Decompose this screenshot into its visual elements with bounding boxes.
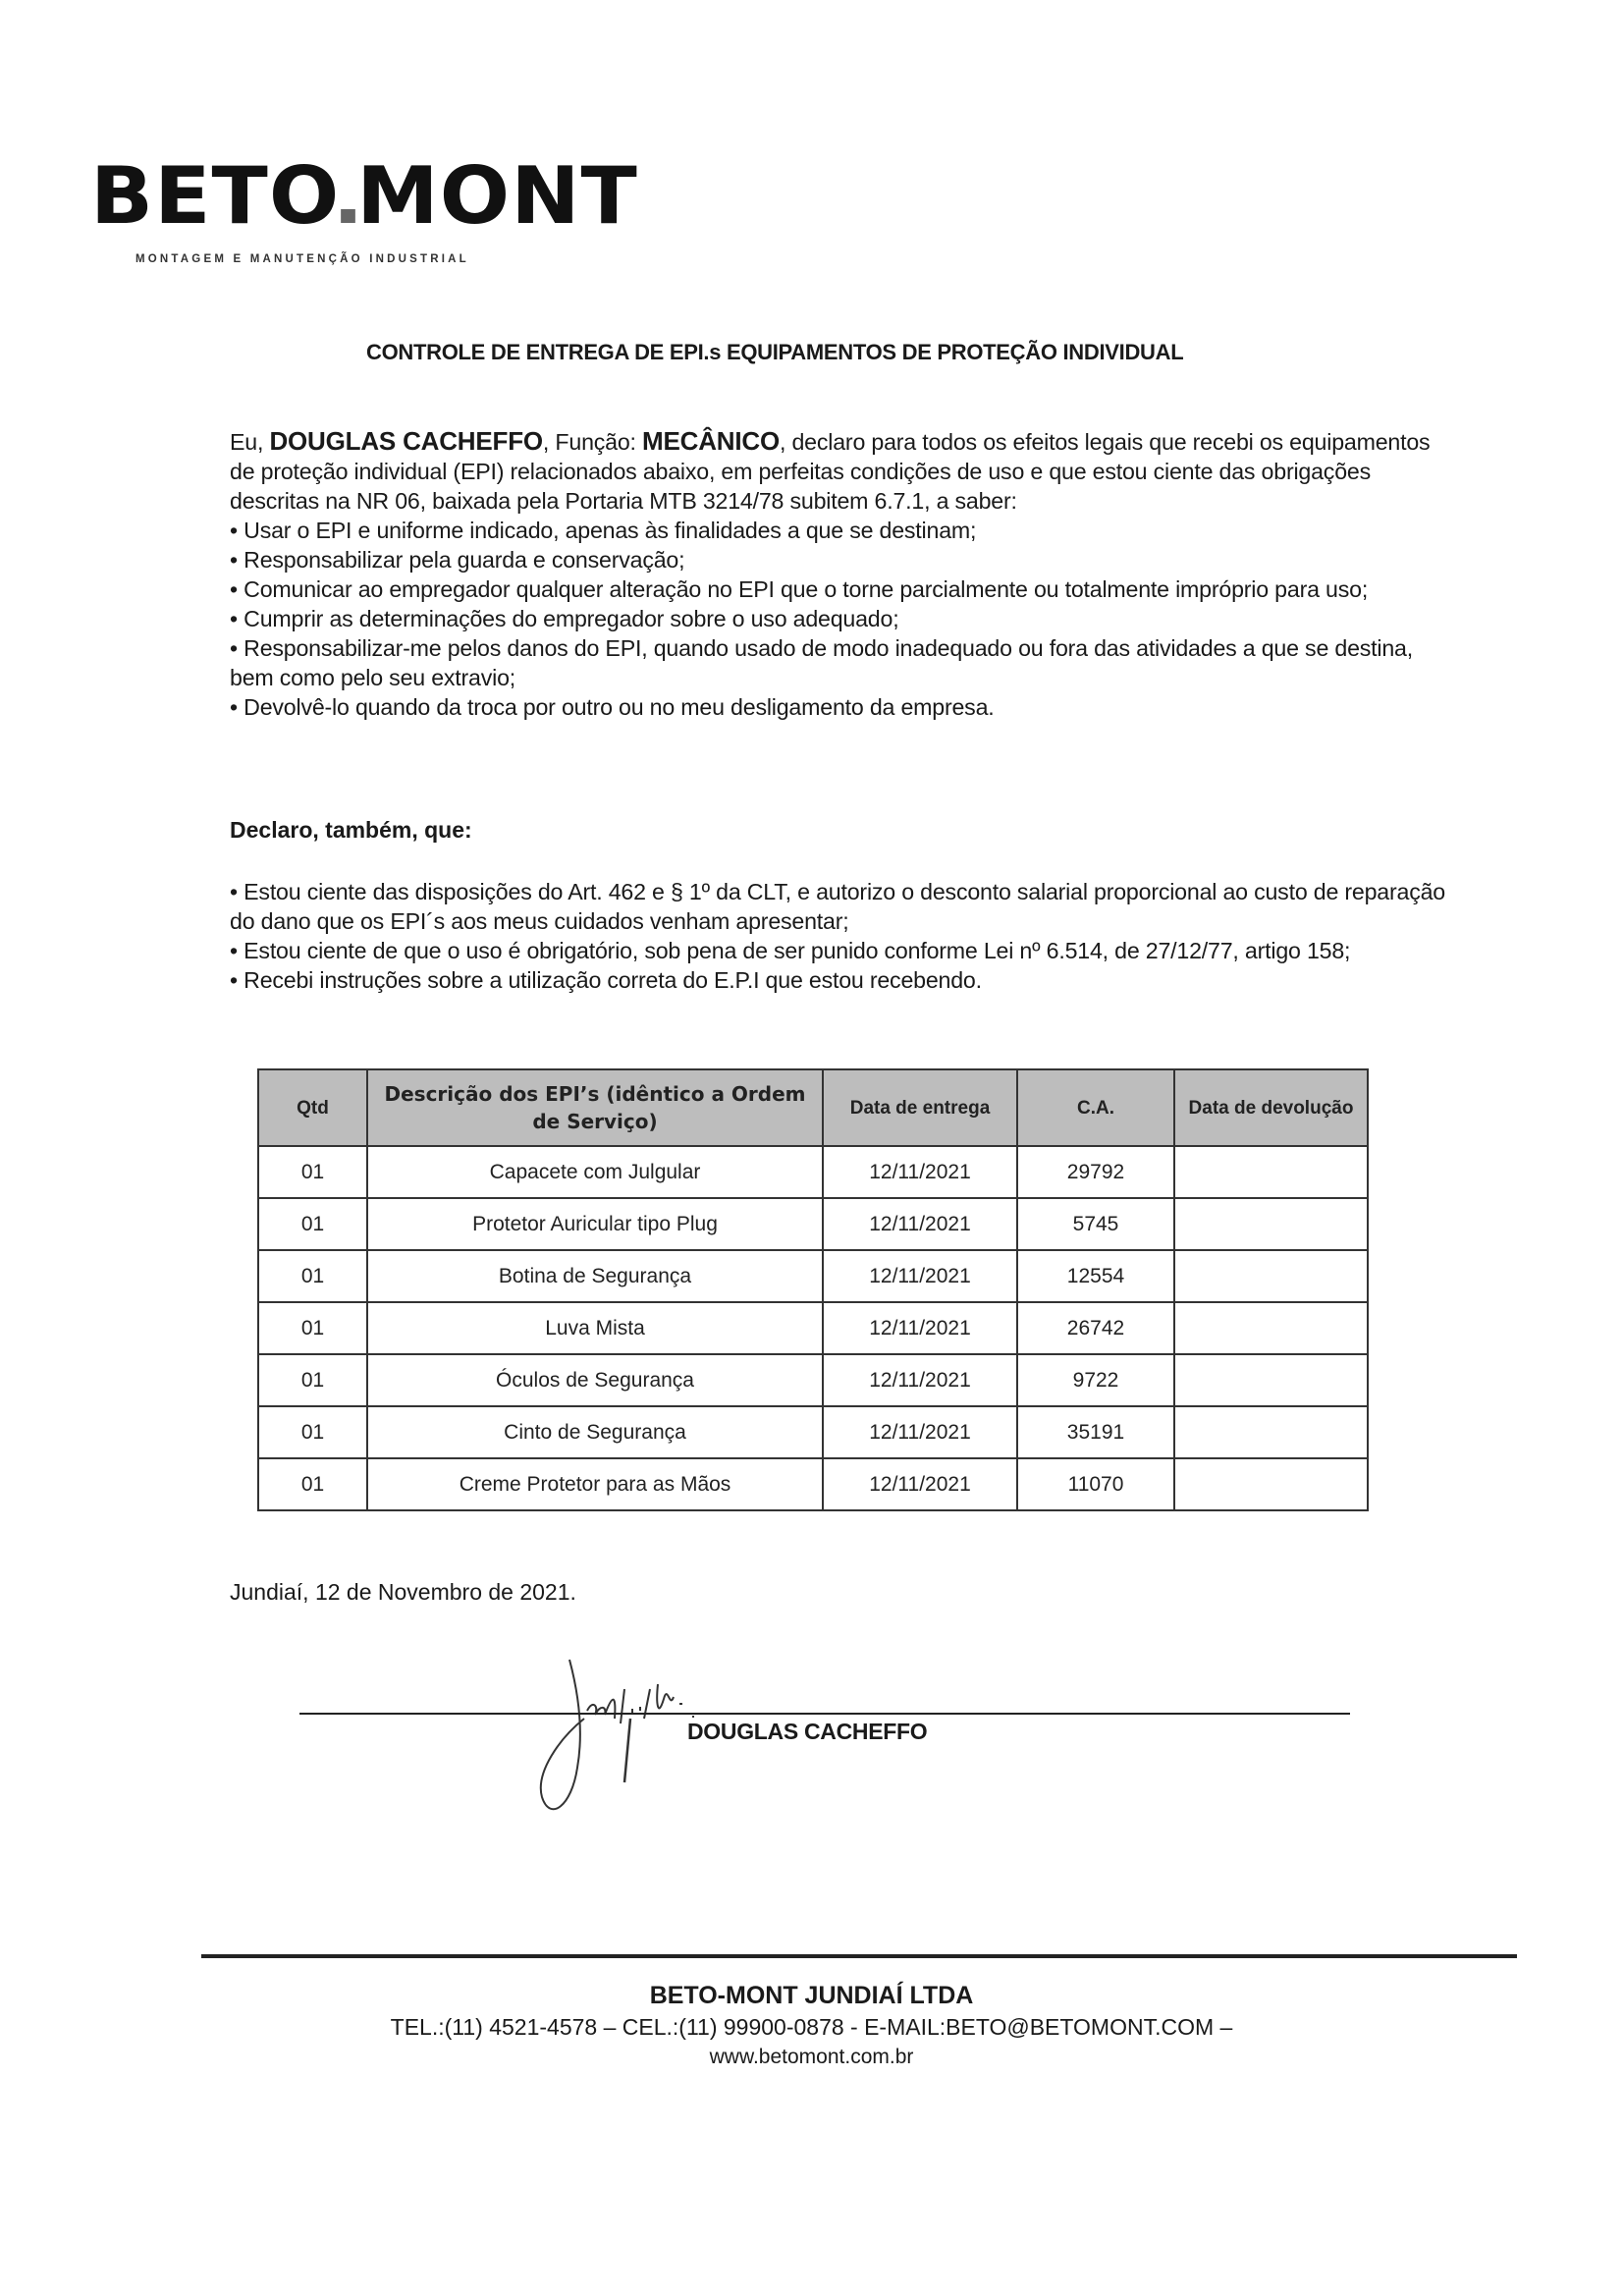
return-date-cell: [1174, 1458, 1368, 1510]
declaration-intro: Eu, DOUGLAS CACHEFFO, Função: MECÂNICO, …: [230, 426, 1447, 722]
obligations-list: • Usar o EPI e uniforme indicado, apenas…: [230, 516, 1447, 722]
declaration-item: • Estou ciente das disposições do Art. 4…: [230, 877, 1447, 936]
header-ca: C.A.: [1017, 1069, 1174, 1146]
description-cell: Óculos de Segurança: [367, 1354, 823, 1406]
qtd-cell: 01: [258, 1250, 367, 1302]
qtd-cell: 01: [258, 1146, 367, 1198]
description-cell: Protetor Auricular tipo Plug: [367, 1198, 823, 1250]
footer-divider: [201, 1954, 1517, 1958]
description-cell: Cinto de Segurança: [367, 1406, 823, 1458]
signatory-name: DOUGLAS CACHEFFO: [687, 1719, 927, 1745]
place-date: Jundiaí, 12 de Novembro de 2021.: [230, 1579, 576, 1606]
description-cell: Luva Mista: [367, 1302, 823, 1354]
obligation-item: • Cumprir as determinações do empregador…: [230, 604, 1447, 633]
return-date-cell: [1174, 1354, 1368, 1406]
ca-cell: 26742: [1017, 1302, 1174, 1354]
intro-paragraph: Eu, DOUGLAS CACHEFFO, Função: MECÂNICO, …: [230, 426, 1447, 516]
header-delivery-date: Data de entrega: [823, 1069, 1017, 1146]
obligation-item: • Comunicar ao empregador qualquer alter…: [230, 574, 1447, 604]
delivery-date-cell: 12/11/2021: [823, 1458, 1017, 1510]
ca-cell: 5745: [1017, 1198, 1174, 1250]
document-title: CONTROLE DE ENTREGA DE EPI.s EQUIPAMENTO…: [366, 340, 1183, 365]
return-date-cell: [1174, 1198, 1368, 1250]
delivery-date-cell: 12/11/2021: [823, 1250, 1017, 1302]
header-description: Descrição dos EPI’s (idêntico a Ordem de…: [367, 1069, 823, 1146]
ca-cell: 12554: [1017, 1250, 1174, 1302]
role-label: , Função:: [543, 429, 642, 455]
ca-cell: 11070: [1017, 1458, 1174, 1510]
company-logo: BETOMONT: [90, 157, 638, 236]
table-row: 01Creme Protetor para as Mãos12/11/20211…: [258, 1458, 1368, 1510]
signature-line: [299, 1713, 1350, 1715]
table-header-row: Qtd Descrição dos EPI’s (idêntico a Orde…: [258, 1069, 1368, 1146]
delivery-date-cell: 12/11/2021: [823, 1406, 1017, 1458]
epi-table: Qtd Descrição dos EPI’s (idêntico a Orde…: [257, 1068, 1369, 1511]
description-cell: Capacete com Julgular: [367, 1146, 823, 1198]
obligation-item: • Responsabilizar pela guarda e conserva…: [230, 545, 1447, 574]
employee-role: MECÂNICO: [642, 426, 780, 456]
qtd-cell: 01: [258, 1198, 367, 1250]
footer-website[interactable]: www.betomont.com.br: [0, 2046, 1623, 2069]
logo-text-left: BETO: [90, 150, 340, 242]
delivery-date-cell: 12/11/2021: [823, 1354, 1017, 1406]
obligation-item: • Usar o EPI e uniforme indicado, apenas…: [230, 516, 1447, 545]
declarations-list: • Estou ciente das disposições do Art. 4…: [230, 877, 1447, 995]
table-row: 01Óculos de Segurança12/11/20219722: [258, 1354, 1368, 1406]
description-cell: Botina de Segurança: [367, 1250, 823, 1302]
qtd-cell: 01: [258, 1354, 367, 1406]
declaration-item: • Recebi instruções sobre a utilização c…: [230, 965, 1447, 995]
table-row: 01Protetor Auricular tipo Plug12/11/2021…: [258, 1198, 1368, 1250]
return-date-cell: [1174, 1406, 1368, 1458]
logo-text-right: MONT: [356, 150, 638, 242]
declaration-item: • Estou ciente de que o uso é obrigatóri…: [230, 936, 1447, 965]
delivery-date-cell: 12/11/2021: [823, 1302, 1017, 1354]
footer-company: BETO-MONT JUNDIAÍ LTDA: [0, 1982, 1623, 2010]
return-date-cell: [1174, 1146, 1368, 1198]
intro-prefix: Eu,: [230, 429, 269, 455]
ca-cell: 9722: [1017, 1354, 1174, 1406]
delivery-date-cell: 12/11/2021: [823, 1146, 1017, 1198]
table-row: 01Luva Mista12/11/202126742: [258, 1302, 1368, 1354]
return-date-cell: [1174, 1302, 1368, 1354]
delivery-date-cell: 12/11/2021: [823, 1198, 1017, 1250]
header-return-date: Data de devolução: [1174, 1069, 1368, 1146]
qtd-cell: 01: [258, 1458, 367, 1510]
qtd-cell: 01: [258, 1406, 367, 1458]
ca-cell: 29792: [1017, 1146, 1174, 1198]
qtd-cell: 01: [258, 1302, 367, 1354]
table-row: 01Cinto de Segurança12/11/202135191: [258, 1406, 1368, 1458]
header-qtd: Qtd: [258, 1069, 367, 1146]
ca-cell: 35191: [1017, 1406, 1174, 1458]
return-date-cell: [1174, 1250, 1368, 1302]
obligation-item: • Devolvê-lo quando da troca por outro o…: [230, 692, 1447, 722]
declaration-heading: Declaro, também, que:: [230, 817, 472, 844]
logo-dot-icon: [341, 209, 355, 223]
logo-tagline: MONTAGEM E MANUTENÇÃO INDUSTRIAL: [135, 253, 469, 265]
description-cell: Creme Protetor para as Mãos: [367, 1458, 823, 1510]
employee-name: DOUGLAS CACHEFFO: [269, 426, 542, 456]
table-row: 01Capacete com Julgular12/11/202129792: [258, 1146, 1368, 1198]
table-row: 01Botina de Segurança12/11/202112554: [258, 1250, 1368, 1302]
obligation-item: • Responsabilizar-me pelos danos do EPI,…: [230, 633, 1447, 692]
footer-contact: TEL.:(11) 4521-4578 – CEL.:(11) 99900-08…: [0, 2014, 1623, 2041]
